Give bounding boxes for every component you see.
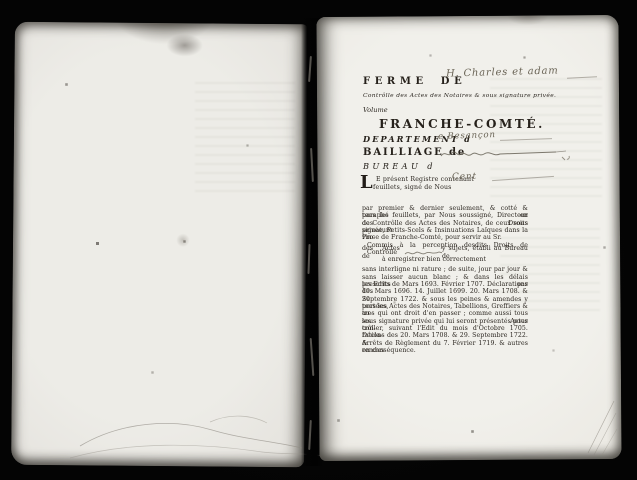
body-line: Arrêts de Règlement du 7. Février 1719. … <box>362 340 528 347</box>
body-line: privée, Petits-Scels & Insinuations Laïq… <box>362 227 528 234</box>
registre-dropcap: L <box>360 172 373 193</box>
body-line: trôller, suivant l'Edit du mois d'Octobr… <box>362 325 528 332</box>
paper-specks <box>0 0 1 1</box>
body-line: de Contrôlle des Actes des Notaires, de … <box>362 220 528 227</box>
registre-line2: feuillets, signé de Nous <box>373 184 452 191</box>
body-line: tous les Actes des Notaires, Tabellions,… <box>362 303 528 310</box>
body-line: tres qui ont droit d'en passer ; comme a… <box>362 310 528 317</box>
body-line-with-scrawl: des Actes de y sujets, établi au Bureau … <box>362 249 528 256</box>
body-paragraph: par premier & dernier seulement, & cotté… <box>362 205 528 354</box>
bailliage-handwritten-scrawl <box>438 146 578 162</box>
body-line: Septembre 1722. & sous les peines & amen… <box>362 296 528 303</box>
body-line: rations des 20. Mars 1708. & 29. Septemb… <box>362 332 528 339</box>
bureau-label: BUREAU d <box>363 161 436 171</box>
volume-label: Volume <box>363 106 388 114</box>
binding-stitch <box>307 244 310 274</box>
binding-stitch <box>308 420 312 450</box>
body-line: par premier & dernier seulement, & cotté… <box>362 205 528 212</box>
departement-handwritten-value: e Besançon <box>438 130 496 142</box>
scanned-register-page: FERME DE H. Charles et adam Contrôlle de… <box>0 0 637 480</box>
binding-stitch <box>310 148 314 182</box>
registre-handwritten-count: Cent <box>452 172 477 182</box>
body-line: vince de Franche-Comté, pour servir au S… <box>362 234 528 241</box>
body-line: tous les feuillets, par Nous soussigné, … <box>362 212 528 219</box>
left-page-bleedthrough <box>195 82 295 192</box>
corner-stitch-marks <box>586 393 620 457</box>
body-line: 19. Mars 1696. 14. Juillet 1699. 20. Mar… <box>362 288 528 295</box>
binding-stitch <box>310 338 315 376</box>
province-title: FRANCHE-COMTÉ. <box>379 117 545 131</box>
body-line: les Edits de Mars 1693. Février 1707. Dé… <box>362 281 528 288</box>
body-line: sous signature privée qui lui seront pré… <box>362 318 528 325</box>
body-line: sans laisser aucun blanc ; & dans les dé… <box>362 274 528 281</box>
binding-stitch <box>308 56 312 82</box>
body-line: sans interligne ni rature ; de suite, jo… <box>362 266 528 273</box>
controle-subtitle: Contrôlle des Actes des Notaires & sous … <box>363 93 556 99</box>
body-line: en conséquence. <box>362 347 528 354</box>
